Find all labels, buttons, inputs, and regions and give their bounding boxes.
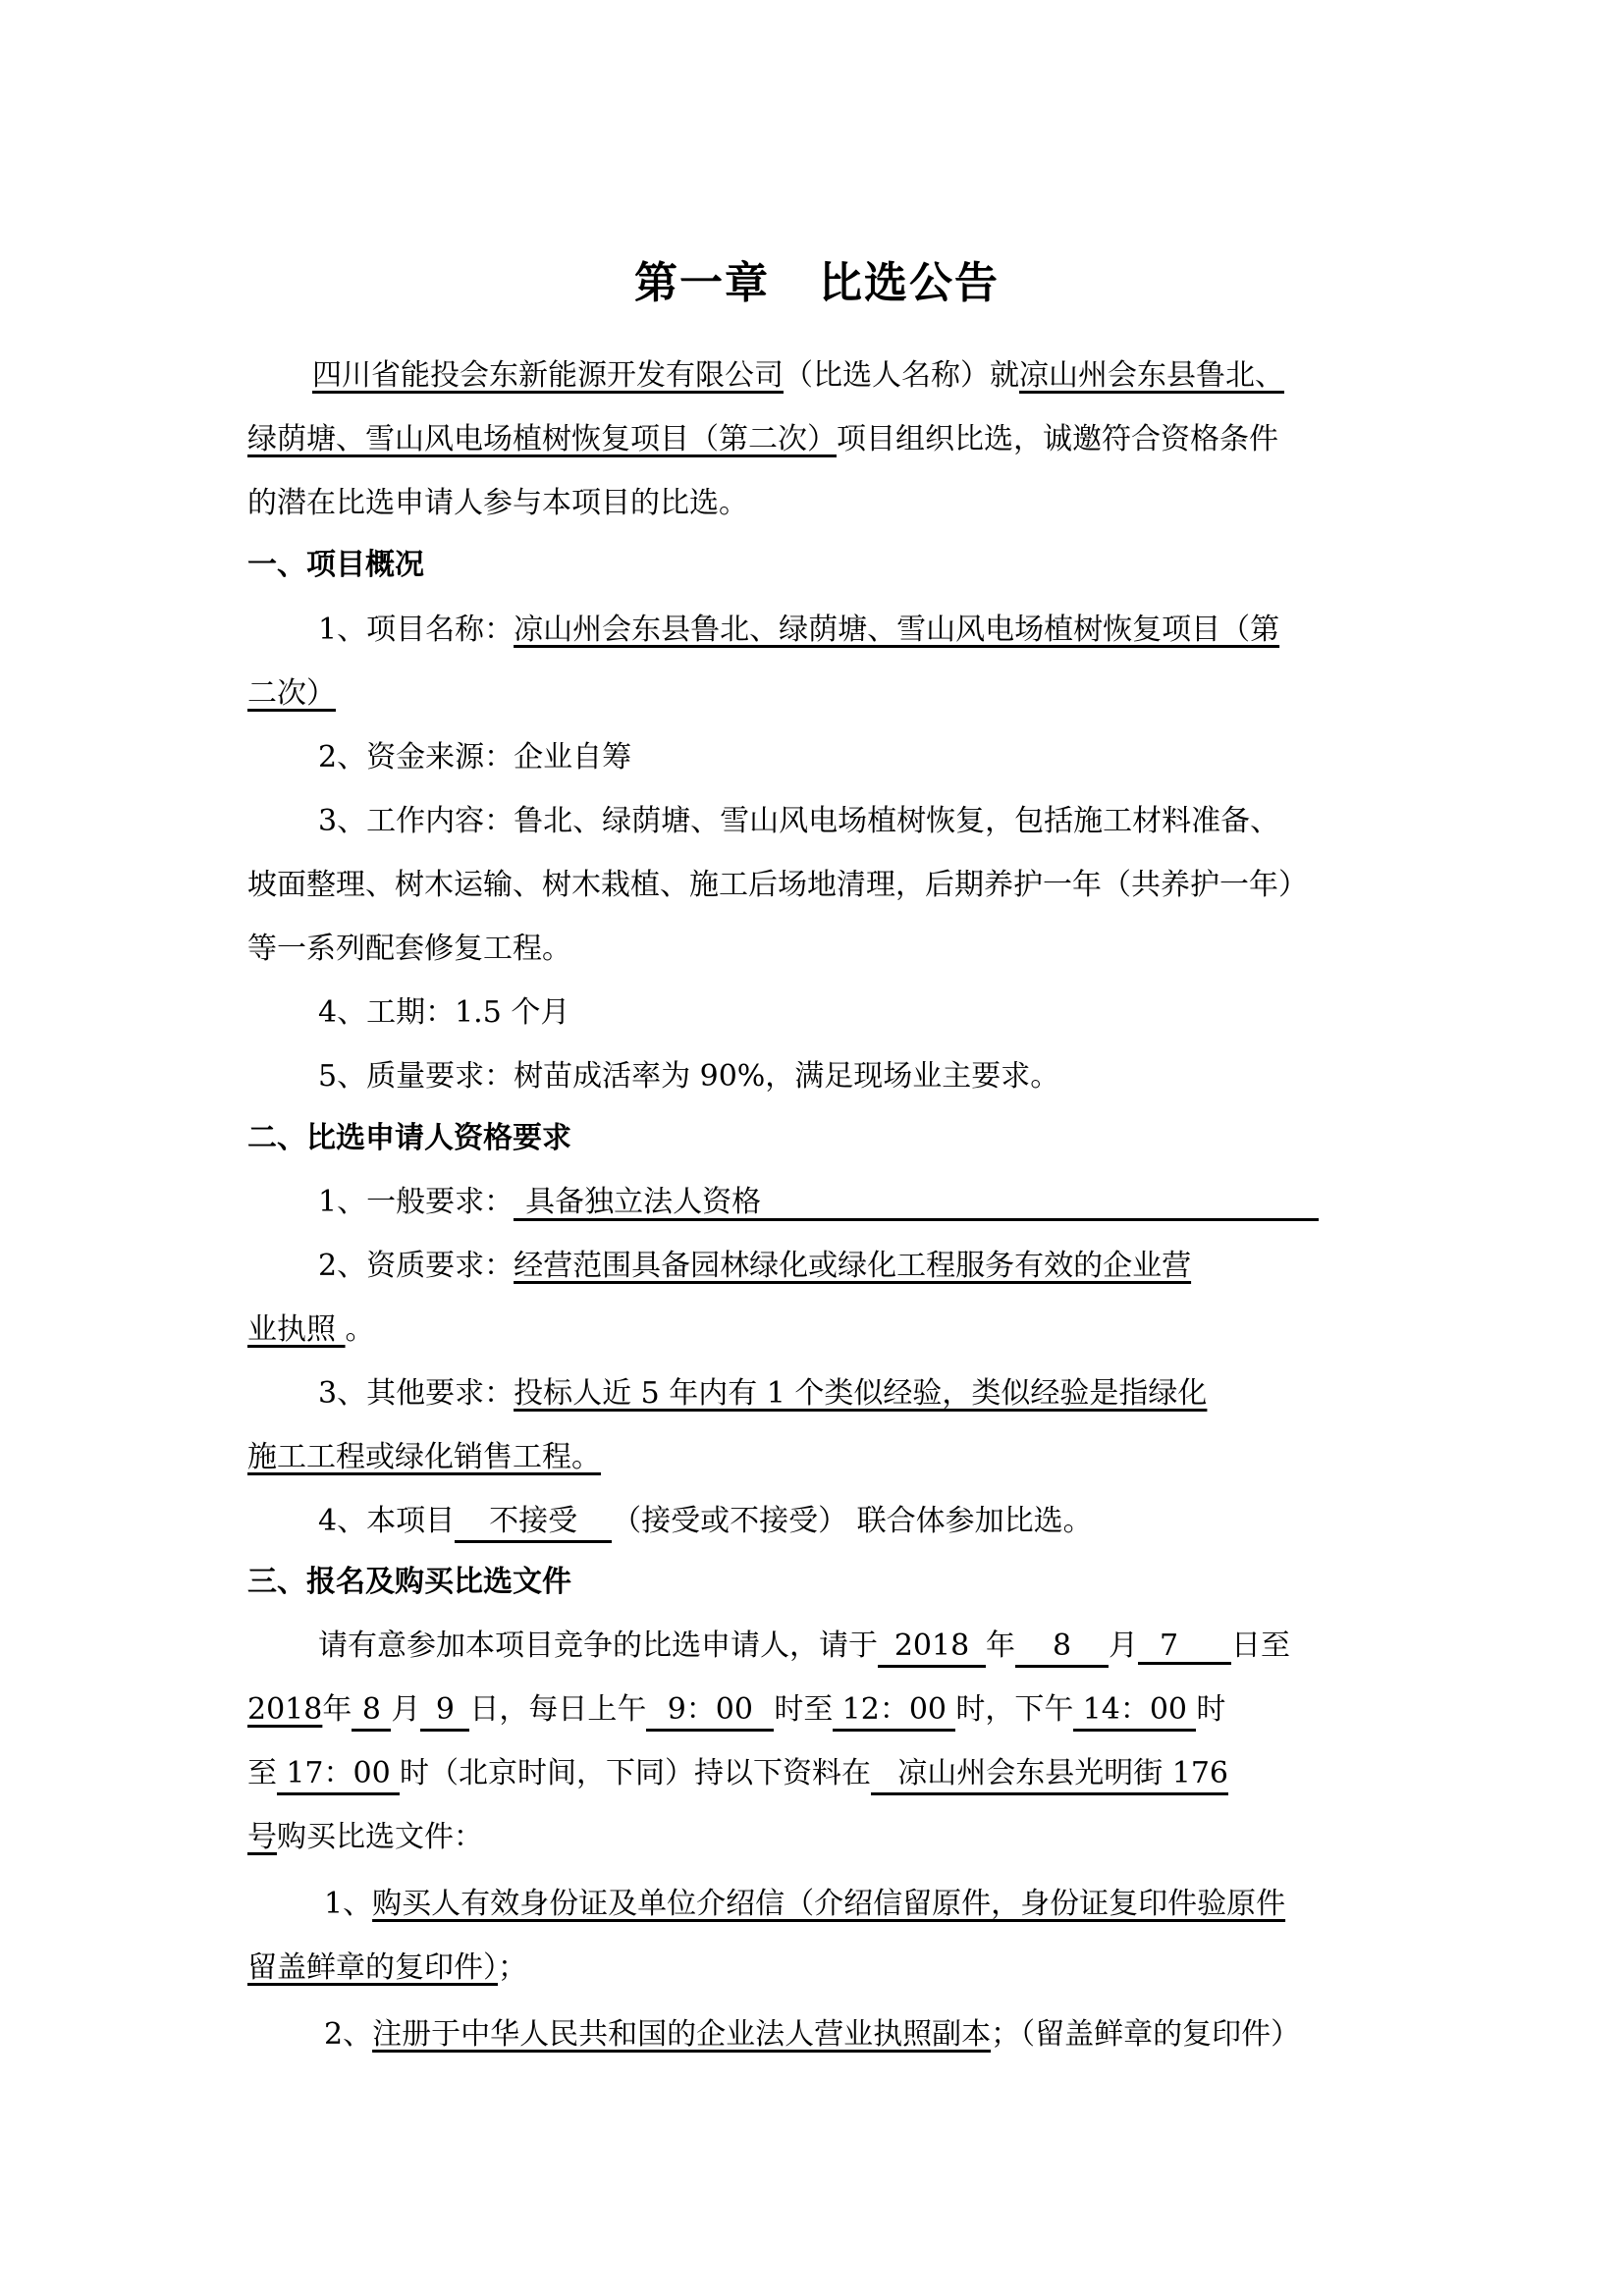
am-start-time: 9：00 <box>646 1693 774 1732</box>
project-name-value-cont: 二次） <box>247 676 336 711</box>
qualification-item-cont: 业执照 。 <box>247 1310 375 1350</box>
project-name-part2: 绿荫塘、雪山风电场植树恢复项目（第二次） <box>247 422 837 456</box>
chapter-number: 第一章 <box>634 258 770 308</box>
required-doc-2: 2、注册于中华人民共和国的企业法人营业执照副本；（留盖鲜章的复印件） <box>324 2015 1300 2055</box>
general-requirement-value: 具备独立法人资格 <box>514 1186 1319 1221</box>
intro-on: 就 <box>990 358 1019 393</box>
section-heading-3: 三、报名及购买比选文件 <box>247 1563 571 1602</box>
consortium-hint: （接受或不接受） <box>612 1504 847 1538</box>
required-doc-2-value: 注册于中华人民共和国的企业法人营业执照副本 <box>372 2017 991 2052</box>
am-end-time: 12：00 <box>833 1693 955 1732</box>
registration-line-1: 请有意参加本项目竞争的比选申请人，请于2018年8月7日至 <box>318 1627 1290 1666</box>
consortium-prefix: 4、本项目 <box>318 1504 455 1538</box>
consortium-value: 不接受 <box>455 1505 612 1543</box>
item-label: 2、资质要求： <box>318 1249 514 1283</box>
intro-line-3: 的潜在比选申请人参与本项目的比选。 <box>247 484 748 523</box>
section-heading-2: 二、比选申请人资格要求 <box>247 1119 571 1158</box>
qualification-value-cont: 业执照 <box>247 1312 336 1347</box>
pm-start-time: 14：00 <box>1073 1693 1196 1732</box>
funding-source-item: 2、资金来源：企业自筹 <box>318 738 631 777</box>
project-name-item-cont: 二次） <box>247 674 336 714</box>
other-requirement-item: 3、其他要求：投标人近 5 年内有 1 个类似经验，类似经验是指绿化 <box>318 1374 1207 1414</box>
period: 。 <box>346 1312 375 1347</box>
required-doc-1-value-cont: 留盖鲜章的复印件） <box>247 1950 498 1985</box>
end-month: 8 <box>352 1693 391 1732</box>
other-requirement-value-cont: 施工工程或绿化销售工程。 <box>247 1440 601 1474</box>
item-label: 1、一般要求： <box>318 1185 514 1219</box>
item-label: 1、项目名称： <box>318 613 514 647</box>
item-label: 3、其他要求： <box>318 1376 514 1411</box>
registration-line-4: 号购买比选文件： <box>247 1818 483 1857</box>
project-name-value: 凉山州会东县鲁北、绿荫塘、雪山风电场植树恢复项目（第 <box>514 613 1279 647</box>
bidder-label: （比选人名称） <box>784 358 990 393</box>
required-doc-1-value: 购买人有效身份证及单位介绍信（介绍信留原件，身份证复印件验原件 <box>372 1887 1285 1921</box>
end-year: 2018 <box>247 1692 322 1727</box>
required-doc-1: 1、购买人有效身份证及单位介绍信（介绍信留原件，身份证复印件验原件 <box>324 1885 1285 1924</box>
address-value-cont: 号 <box>247 1820 277 1854</box>
other-requirement-value: 投标人近 5 年内有 1 个类似经验，类似经验是指绿化 <box>514 1376 1207 1411</box>
consortium-item: 4、本项目不接受（接受或不接受） 联合体参加比选。 <box>318 1502 1093 1541</box>
address-value: 凉山州会东县光明街 176 <box>871 1757 1228 1795</box>
intro-rest: 项目组织比选，诚邀符合资格条件 <box>837 422 1278 456</box>
pm-end-time: 17：00 <box>277 1757 400 1795</box>
other-requirement-item-cont: 施工工程或绿化销售工程。 <box>247 1438 601 1477</box>
work-content-line-2: 坡面整理、树木运输、树木栽植、施工后场地清理，后期养护一年（共养护一年） <box>247 866 1308 905</box>
bidder-name: 四川省能投会东新能源开发有限公司 <box>312 358 784 393</box>
chapter-name: 比选公告 <box>819 258 1000 308</box>
project-name-item: 1、项目名称：凉山州会东县鲁北、绿荫塘、雪山风电场植树恢复项目（第 <box>318 611 1279 650</box>
registration-line-3: 至17：00时（北京时间，下同）持以下资料在凉山州会东县光明街 176 <box>247 1754 1228 1793</box>
start-year: 2018 <box>878 1629 986 1668</box>
start-month: 8 <box>1015 1629 1109 1668</box>
end-day: 9 <box>420 1693 469 1732</box>
qualification-item: 2、资质要求：经营范围具备园林绿化或绿化工程服务有效的企业营 <box>318 1247 1191 1286</box>
work-content-item: 3、工作内容：鲁北、绿荫塘、雪山风电场植树恢复，包括施工材料准备、 <box>318 802 1279 841</box>
qualification-value: 经营范围具备园林绿化或绿化工程服务有效的企业营 <box>514 1249 1191 1283</box>
intro-line-2: 绿荫塘、雪山风电场植树恢复项目（第二次）项目组织比选，诚邀符合资格条件 <box>247 420 1278 459</box>
project-name-part1: 凉山州会东县鲁北、 <box>1019 358 1284 393</box>
registration-prefix: 请有意参加本项目竞争的比选申请人，请于 <box>318 1629 878 1663</box>
work-content-line-3: 等一系列配套修复工程。 <box>247 930 571 969</box>
intro-line-1: 四川省能投会东新能源开发有限公司（比选人名称）就凉山州会东县鲁北、 <box>312 356 1386 396</box>
general-requirement-item: 1、一般要求：具备独立法人资格 <box>318 1183 1319 1222</box>
required-doc-1-cont: 留盖鲜章的复印件）； <box>247 1949 527 1988</box>
section-heading-1: 一、项目概况 <box>247 546 424 585</box>
duration-item: 4、工期：1.5 个月 <box>318 993 569 1033</box>
start-day: 7 <box>1138 1629 1231 1665</box>
registration-line-2: 2018年8月9日，每日上午9：00时至12：00时，下午14：00时 <box>247 1690 1225 1730</box>
chapter-title: 第一章比选公告 <box>247 247 1386 310</box>
quality-item: 5、质量要求：树苗成活率为 90%，满足现场业主要求。 <box>318 1057 1059 1096</box>
consortium-suffix: 联合体参加比选。 <box>857 1504 1093 1538</box>
